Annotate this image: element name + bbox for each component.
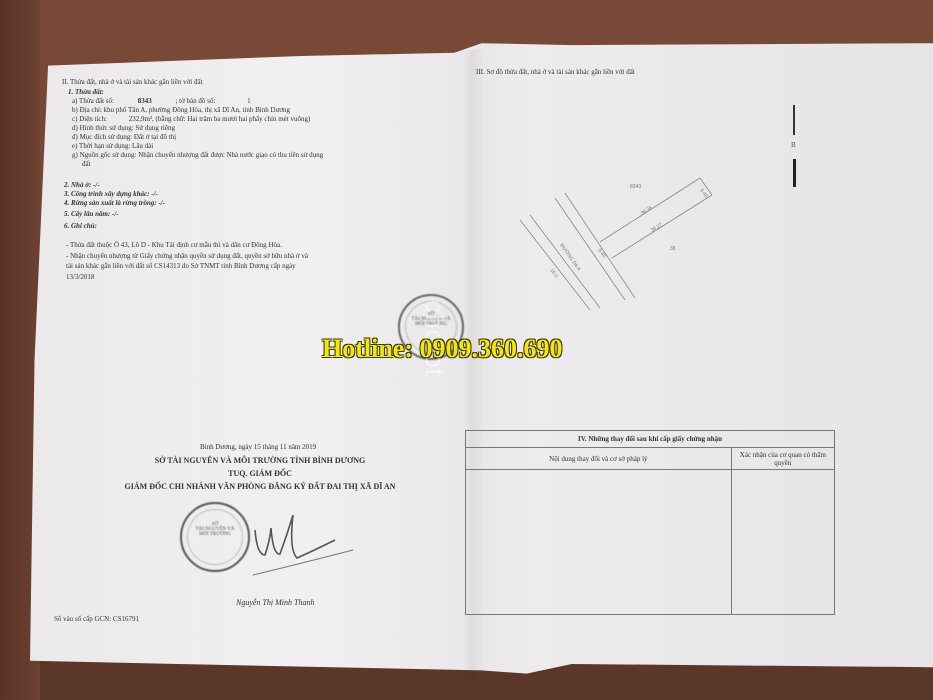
section-heading-iii: III. Sơ đồ thửa đất, nhà ở và tài sản kh… — [476, 68, 635, 77]
usage-form: d) Hình thức sử dụng: Sử dụng riêng — [72, 124, 175, 133]
changes-table: IV. Những thay đổi sau khi cấp giấy chứn… — [465, 430, 835, 615]
stamp-line: MÔI TRƯỜNG — [182, 532, 248, 537]
plan-parcel-label: 8343 — [630, 184, 641, 190]
parcel-plan-diagram: 8343 ĐƯỜNG D6 A 16.0 36.36 36.27 6.40 6.… — [500, 160, 730, 310]
changes-col-confirmation: Xác nhận của cơ quan có thẩm quyền — [731, 448, 834, 470]
section-heading-ii: II. Thửa đất, nhà ở và tài sản khác gắn … — [62, 78, 203, 87]
item-2-house: 2. Nhà ở: -/- — [64, 181, 100, 190]
stamp-line: TÀI NGUYÊN VÀ — [182, 527, 248, 532]
item-4-forest: 4. Rừng sản xuất là rừng trồng: -/- — [64, 199, 165, 208]
usage-term: e) Thời hạn sử dụng: Lâu dài — [72, 142, 153, 151]
north-arrow-icon: B — [793, 105, 796, 190]
changes-col-content: Nội dung thay đổi và cơ sở pháp lý — [466, 448, 732, 470]
changes-table-title: IV. Những thay đổi sau khi cấp giấy chứn… — [466, 431, 835, 448]
parcel-no-label: a) Thửa đất số: — [72, 97, 114, 105]
area-row: c) Diện tích: 232,9m², (bằng chữ: Hai tr… — [72, 115, 310, 124]
changes-cell-empty — [731, 470, 834, 615]
issue-date: Bình Dương, ngày 15 tháng 11 năm 2019 — [200, 443, 316, 452]
plan-side-1: 36.36 — [640, 205, 654, 217]
note-2: - Nhận chuyển nhượng từ Giấy chứng nhận … — [66, 252, 308, 261]
usage-purpose: đ) Mục đích sử dụng: Đất ở tại đô thị — [72, 133, 176, 142]
usage-origin: g) Nguồn gốc sử dụng: Nhận chuyển nhượng… — [72, 151, 323, 160]
usage-origin-cont: đất — [82, 160, 91, 169]
authority-name: SỞ TÀI NGUYÊN VÀ MÔI TRƯỜNG TỈNH BÌNH DƯ… — [60, 455, 460, 467]
stamp-line: SỞ — [182, 522, 248, 527]
note-2-cont: tài sản khác gắn liền với đất số CS14313… — [66, 262, 296, 271]
area-words: (bằng chữ: Hai trăm ba mươi hai phẩy chí… — [156, 115, 311, 123]
note-1: - Thửa đất thuộc Ô 43, Lô D - Khu Tái đị… — [66, 241, 282, 250]
director-title: GIÁM ĐỐC CHI NHÁNH VĂN PHÒNG ĐĂNG KÝ ĐẤT… — [60, 481, 460, 493]
address: b) Địa chỉ: khu phố Tân A, phường Đông H… — [72, 106, 290, 115]
hotline-overlay: Hotline: 0909.360.690 — [322, 334, 563, 364]
plan-front: 6.40 — [596, 248, 607, 260]
area-value: 232,9m², — [129, 115, 154, 123]
signer-name: Nguyễn Thị Minh Thanh — [236, 598, 314, 607]
tuq-title: TUQ. GIÁM ĐỐC — [60, 468, 460, 480]
parcel-no-row: a) Thửa đất số: 8343 ; tờ bản đồ số: 1 — [72, 97, 251, 106]
area-label: c) Diện tích: — [72, 115, 107, 123]
plan-side-2: 36.27 — [650, 222, 664, 234]
item-3-construction: 3. Công trình xây dựng khác: -/- — [64, 190, 158, 199]
note-2-date: 13/3/2018 — [66, 273, 94, 282]
plan-road-width: 16.0 — [548, 268, 559, 280]
item-6-note-title: 6. Ghi chú: — [64, 222, 97, 231]
item-1-title: 1. Thửa đất: — [68, 88, 104, 97]
north-label: B — [791, 141, 796, 149]
changes-cell-empty — [466, 470, 732, 615]
plan-neighbor: 38 — [670, 246, 676, 252]
gcn-number: Số vào sổ cấp GCN: CS16791 — [54, 615, 139, 624]
item-5-perennial: 5. Cây lâu năm: -/- — [64, 210, 119, 219]
parcel-no: 8343 — [138, 97, 152, 105]
map-sheet: 1 — [247, 97, 251, 105]
map-sheet-label: ; tờ bản đồ số: — [175, 97, 215, 105]
signature-icon — [245, 510, 355, 580]
official-stamp-signature: SỞ TÀI NGUYÊN VÀ MÔI TRƯỜNG — [180, 502, 250, 572]
